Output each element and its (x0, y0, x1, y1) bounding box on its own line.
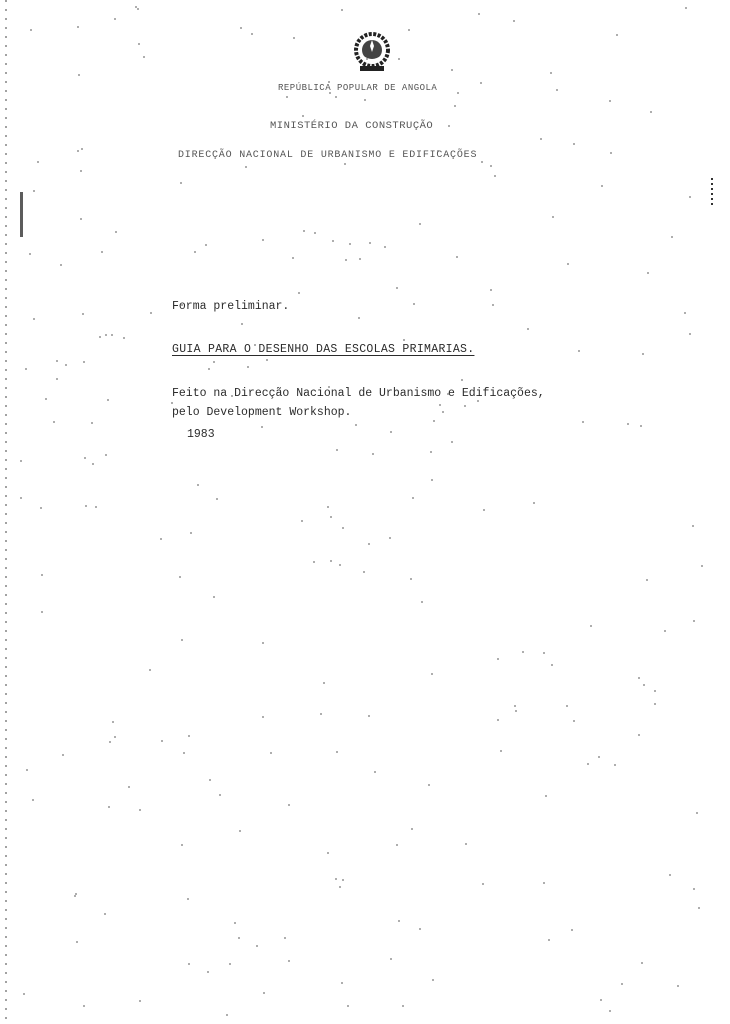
speck (693, 888, 695, 890)
speck (545, 795, 547, 797)
speck (477, 400, 479, 402)
speck (251, 33, 253, 35)
speck (419, 223, 421, 225)
speck (229, 963, 231, 965)
speck (56, 360, 58, 362)
speck (60, 264, 62, 266)
speck (454, 105, 456, 107)
speck (239, 830, 241, 832)
speck (677, 985, 679, 987)
speck (213, 361, 215, 363)
speck (62, 754, 64, 756)
speck (335, 878, 337, 880)
speck (245, 166, 247, 168)
speck (123, 337, 125, 339)
speck (578, 350, 580, 352)
scan-mark (20, 192, 23, 237)
speck (641, 962, 643, 964)
speck (105, 454, 107, 456)
speck (77, 26, 79, 28)
speck (647, 272, 649, 274)
speck (284, 937, 286, 939)
header-directorate: DIRECÇÃO NACIONAL DE URBANISMO E EDIFICA… (178, 150, 477, 161)
speck (464, 405, 466, 407)
speck (433, 420, 435, 422)
speck (263, 992, 265, 994)
speck (654, 690, 656, 692)
speck (384, 246, 386, 248)
speck (671, 236, 673, 238)
speck (327, 852, 329, 854)
speck (298, 292, 300, 294)
speck (410, 578, 412, 580)
speck (428, 784, 430, 786)
speck (209, 779, 211, 781)
speck (642, 353, 644, 355)
speck (327, 506, 329, 508)
speck (99, 336, 101, 338)
speck (20, 460, 22, 462)
speck (701, 565, 703, 567)
speck (368, 543, 370, 545)
speck (256, 945, 258, 947)
speck (480, 82, 482, 84)
speck (543, 652, 545, 654)
speck (32, 799, 34, 801)
speck (323, 682, 325, 684)
speck (293, 37, 295, 39)
credit-line-1: Feito na Direcção Nacional de Urbanismo … (172, 387, 545, 400)
speck (335, 96, 337, 98)
speck (347, 1005, 349, 1007)
speck (461, 379, 463, 381)
speck (432, 979, 434, 981)
speck (685, 7, 687, 9)
speck (638, 734, 640, 736)
speck (187, 898, 189, 900)
speck (219, 794, 221, 796)
speck (288, 804, 290, 806)
speck (610, 152, 612, 154)
speck (261, 426, 263, 428)
speck (188, 963, 190, 965)
speck (41, 574, 43, 576)
speck (431, 673, 433, 675)
speck (515, 710, 517, 712)
speck (65, 364, 67, 366)
speck (398, 58, 400, 60)
speck (689, 196, 691, 198)
coat-of-arms-icon (350, 30, 394, 74)
speck (543, 882, 545, 884)
speck (160, 538, 162, 540)
speck (33, 318, 35, 320)
speck (513, 20, 515, 22)
credit-line-2: pelo Development Workshop. (172, 406, 351, 419)
speck (105, 334, 107, 336)
header-ministry: MINISTÉRIO DA CONSTRUÇÃO (270, 120, 433, 132)
speck (37, 161, 39, 163)
speck (609, 1010, 611, 1012)
speck (556, 89, 558, 91)
speck (85, 505, 87, 507)
speck (74, 895, 76, 897)
speck (329, 92, 331, 94)
speck (355, 424, 357, 426)
speck (390, 431, 392, 433)
speck (266, 359, 268, 361)
speck (533, 502, 535, 504)
speck (490, 165, 492, 167)
speck (101, 251, 103, 253)
speck (25, 368, 27, 370)
speck (208, 368, 210, 370)
speck (451, 441, 453, 443)
speck (548, 939, 550, 941)
speck (262, 642, 264, 644)
speck (80, 170, 82, 172)
speck (270, 752, 272, 754)
speck (83, 361, 85, 363)
speck (150, 312, 152, 314)
speck (82, 313, 84, 315)
speck (627, 423, 629, 425)
speck (95, 506, 97, 508)
speck (456, 256, 458, 258)
speck (303, 230, 305, 232)
speck (30, 29, 32, 31)
speck (571, 929, 573, 931)
speck (451, 69, 453, 71)
speck (638, 677, 640, 679)
speck (247, 366, 249, 368)
speck (301, 520, 303, 522)
speck (643, 684, 645, 686)
speck (601, 185, 603, 187)
speck (240, 27, 242, 29)
speck (183, 752, 185, 754)
speck (302, 115, 304, 117)
scan-binding-edge (5, 0, 7, 1024)
speck (439, 404, 441, 406)
speck (374, 771, 376, 773)
speck (80, 218, 82, 220)
speck (114, 18, 116, 20)
speck (442, 411, 444, 413)
speck (179, 576, 181, 578)
speck (139, 809, 141, 811)
speck (696, 812, 698, 814)
speck (77, 150, 79, 152)
speck (358, 317, 360, 319)
speck (314, 232, 316, 234)
scan-mark (711, 178, 713, 208)
speck (188, 735, 190, 737)
speck (238, 937, 240, 939)
speck (341, 9, 343, 11)
speck (551, 664, 553, 666)
speck (115, 231, 117, 233)
speck (490, 289, 492, 291)
speck (412, 497, 414, 499)
speck (566, 705, 568, 707)
speck (431, 479, 433, 481)
speck (389, 537, 391, 539)
speck (390, 958, 392, 960)
speck (448, 125, 450, 127)
speck (23, 993, 25, 995)
speck (180, 182, 182, 184)
speck (241, 323, 243, 325)
document-title: GUIA PARA O DESENHO DAS ESCOLAS PRIMARIA… (172, 343, 474, 356)
speck (56, 378, 58, 380)
speck (161, 740, 163, 742)
speck (226, 1014, 228, 1016)
speck (421, 601, 423, 603)
speck (213, 596, 215, 598)
speck (114, 736, 116, 738)
speck (83, 1005, 85, 1007)
speck (368, 715, 370, 717)
speck (540, 138, 542, 140)
speck (190, 532, 192, 534)
speck (590, 625, 592, 627)
speck (262, 239, 264, 241)
speck (26, 769, 28, 771)
speck (342, 527, 344, 529)
speck (664, 630, 666, 632)
speck (481, 161, 483, 163)
speck (336, 449, 338, 451)
speck (207, 971, 209, 973)
speck (181, 844, 183, 846)
speck (646, 579, 648, 581)
speck (330, 516, 332, 518)
speck (205, 244, 207, 246)
speck (344, 163, 346, 165)
speck (359, 258, 361, 260)
document-year: 1983 (187, 428, 215, 441)
speck (522, 651, 524, 653)
speck (419, 928, 421, 930)
speck (500, 750, 502, 752)
speck (478, 13, 480, 15)
speck (139, 1000, 141, 1002)
speck (332, 240, 334, 242)
speck (84, 457, 86, 459)
speck (328, 386, 330, 388)
speck (112, 721, 114, 723)
speck (345, 259, 347, 261)
speck (92, 463, 94, 465)
speck (339, 564, 341, 566)
speck (288, 960, 290, 962)
document-status: Forma preliminar. (172, 300, 289, 313)
speck (76, 941, 78, 943)
speck (364, 99, 366, 101)
speck (128, 786, 130, 788)
speck (614, 764, 616, 766)
speck (320, 713, 322, 715)
speck (567, 263, 569, 265)
speck (514, 705, 516, 707)
speck (654, 703, 656, 705)
speck (698, 907, 700, 909)
speck (363, 571, 365, 573)
speck (609, 100, 611, 102)
speck (149, 669, 151, 671)
speck (621, 983, 623, 985)
speck (339, 886, 341, 888)
speck (292, 257, 294, 259)
speck (497, 658, 499, 660)
speck (413, 303, 415, 305)
speck (598, 756, 600, 758)
speck (411, 828, 413, 830)
speck (398, 920, 400, 922)
speck (254, 344, 256, 346)
speck (684, 312, 686, 314)
speck (497, 719, 499, 721)
speck (430, 451, 432, 453)
speck (573, 720, 575, 722)
speck (111, 334, 113, 336)
speck (53, 421, 55, 423)
speck (693, 620, 695, 622)
speck (669, 874, 671, 876)
speck (313, 561, 315, 563)
speck (600, 999, 602, 1001)
speck (330, 560, 332, 562)
speck (197, 484, 199, 486)
document-page: REPÚBLICA POPULAR DE ANGOLA MINISTÉRIO D… (0, 0, 730, 1024)
speck (78, 74, 80, 76)
speck (457, 92, 459, 94)
speck (342, 879, 344, 881)
speck (689, 333, 691, 335)
speck (138, 43, 140, 45)
speck (341, 982, 343, 984)
speck (20, 497, 22, 499)
speck (194, 251, 196, 253)
speck (137, 8, 139, 10)
speck (483, 509, 485, 511)
speck (349, 243, 351, 245)
speck (692, 525, 694, 527)
speck (286, 96, 288, 98)
speck (336, 751, 338, 753)
speck (234, 922, 236, 924)
speck (582, 421, 584, 423)
speck (492, 304, 494, 306)
speck (29, 253, 31, 255)
speck (369, 242, 371, 244)
speck (104, 913, 106, 915)
speck (143, 56, 145, 58)
speck (550, 72, 552, 74)
speck (262, 716, 264, 718)
speck (366, 58, 368, 60)
speck (45, 398, 47, 400)
speck (372, 453, 374, 455)
speck (40, 507, 42, 509)
speck (616, 34, 618, 36)
speck (403, 339, 405, 341)
speck (81, 148, 83, 150)
speck (640, 425, 642, 427)
speck (465, 843, 467, 845)
speck (181, 639, 183, 641)
speck (107, 399, 109, 401)
speck (109, 741, 111, 743)
speck (171, 402, 173, 404)
speck (396, 844, 398, 846)
speck (91, 422, 93, 424)
speck (108, 806, 110, 808)
speck (650, 111, 652, 113)
speck (408, 29, 410, 31)
speck (482, 883, 484, 885)
header-republic: REPÚBLICA POPULAR DE ANGOLA (278, 83, 437, 93)
speck (216, 498, 218, 500)
speck (587, 763, 589, 765)
speck (494, 175, 496, 177)
speck (41, 611, 43, 613)
speck (552, 216, 554, 218)
speck (573, 143, 575, 145)
speck (33, 190, 35, 192)
speck (402, 1005, 404, 1007)
speck (527, 328, 529, 330)
speck (437, 150, 439, 152)
speck (396, 287, 398, 289)
